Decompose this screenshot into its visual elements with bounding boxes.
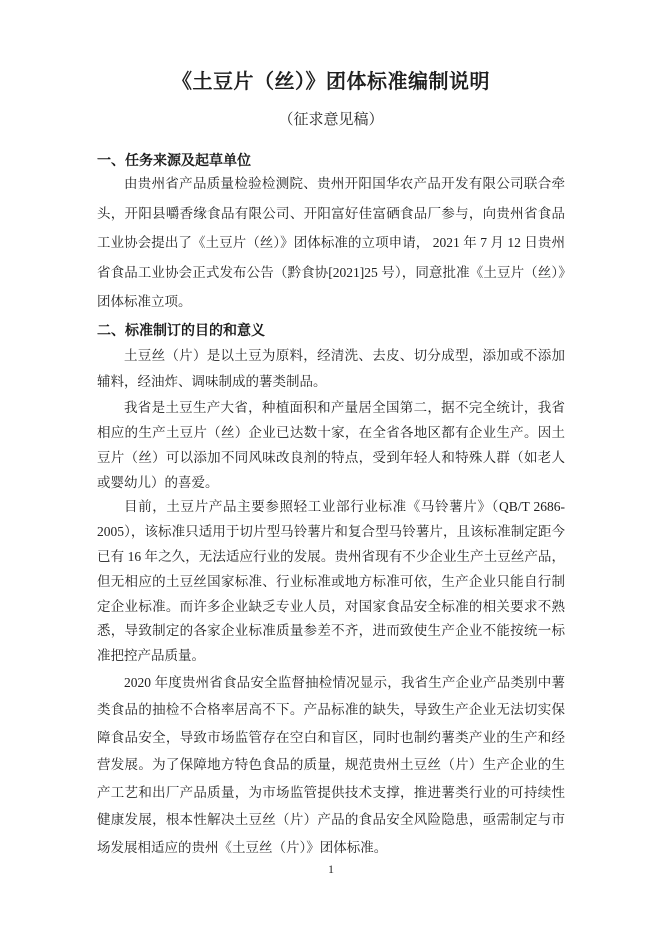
document-body: 一、任务来源及起草单位 由贵州省产品质量检验检测院、贵州开阳国华农产品开发有限公… [97,151,565,861]
paragraph-current-standards: 目前，土豆片产品主要参照轻工业部行业标准《马铃薯片》（QB/T 2686-200… [97,495,565,669]
paragraph-task-source: 由贵州省产品质量检验检测院、贵州开阳国华农产品开发有限公司联合牵头，开阳县嚼香缘… [97,169,565,317]
document-title: 《土豆片（丝）》团体标准编制说明 [80,69,582,95]
section-heading-purpose-significance: 二、标准制订的目的和意义 [97,317,565,343]
paragraph-province-production: 我省是土豆生产大省，种植面积和产量居全国第二，据不完全统计，我省相应的生产土豆片… [97,395,565,496]
paragraph-inspection-and-need: 2020 年度贵州省食品安全监督抽检情况显示，我省生产企业产品类别中薯类食品的抽… [97,669,565,862]
section-heading-task-source: 一、任务来源及起草单位 [97,151,565,169]
document-subtitle: （征求意见稿） [97,109,565,131]
page-number: 1 [0,862,662,877]
paragraph-product-definition: 土豆丝（片）是以土豆为原料，经清洗、去皮、切分成型，添加或不添加辅料，经油炸、调… [97,343,565,395]
document-page: 《土豆片（丝）》团体标准编制说明 （征求意见稿） 一、任务来源及起草单位 由贵州… [0,0,662,936]
